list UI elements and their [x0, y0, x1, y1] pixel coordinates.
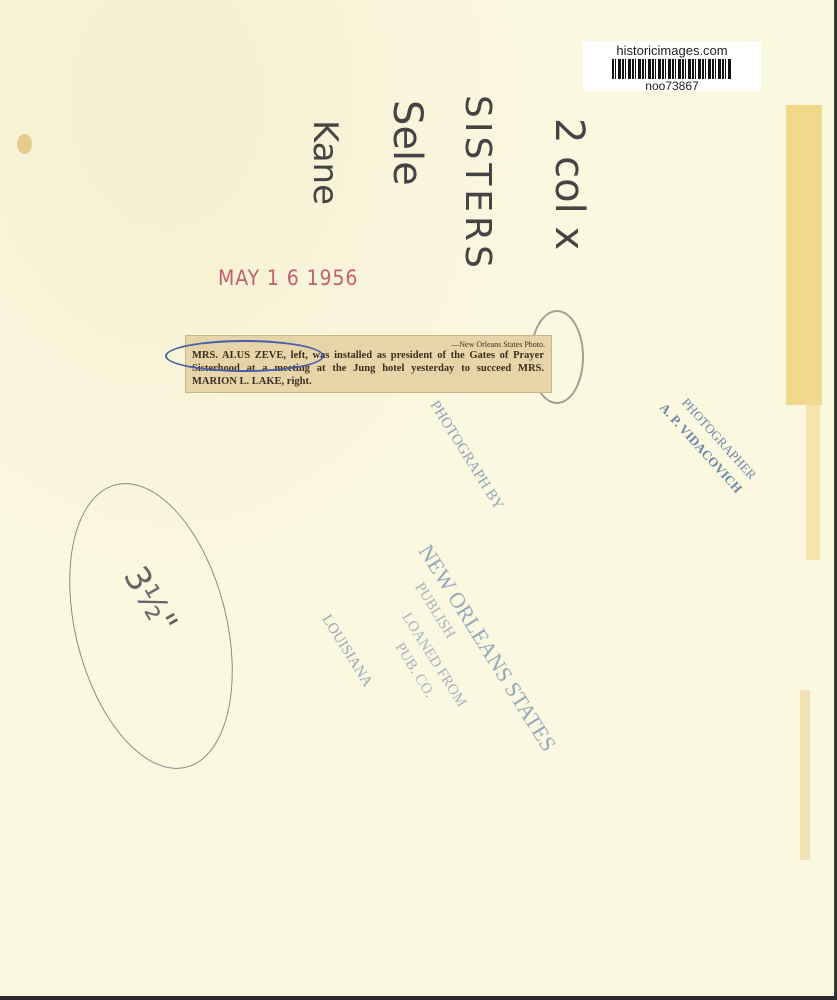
credit-stamp-line1: PHOTOGRAPH BY [426, 398, 507, 513]
handwriting-left: Kane [305, 120, 345, 205]
watermark-site: historicimages.com [583, 43, 761, 58]
clipping-credit: —New Orleans States Photo. [451, 340, 545, 349]
barcode-icon [612, 59, 732, 79]
edge-stain [800, 690, 810, 860]
stain-spot [17, 134, 32, 154]
date-stamp: MAY 1 6 1956 [218, 266, 358, 290]
credit-stamp-line6: LOUISIANA [318, 612, 376, 690]
photo-back: historicimages.com noo73867 Kane Sele SI… [0, 0, 836, 996]
handwriting-middle: Sele [384, 100, 430, 186]
handwriting-columns: 2 col x [546, 118, 592, 250]
tape-residue-lower [806, 400, 820, 560]
watermark-label: historicimages.com noo73867 [583, 41, 761, 91]
handwriting-sisters: SISTERS [457, 95, 498, 272]
tape-residue [786, 105, 822, 405]
watermark-code: noo73867 [583, 79, 761, 93]
name-circle-mark [165, 340, 324, 372]
